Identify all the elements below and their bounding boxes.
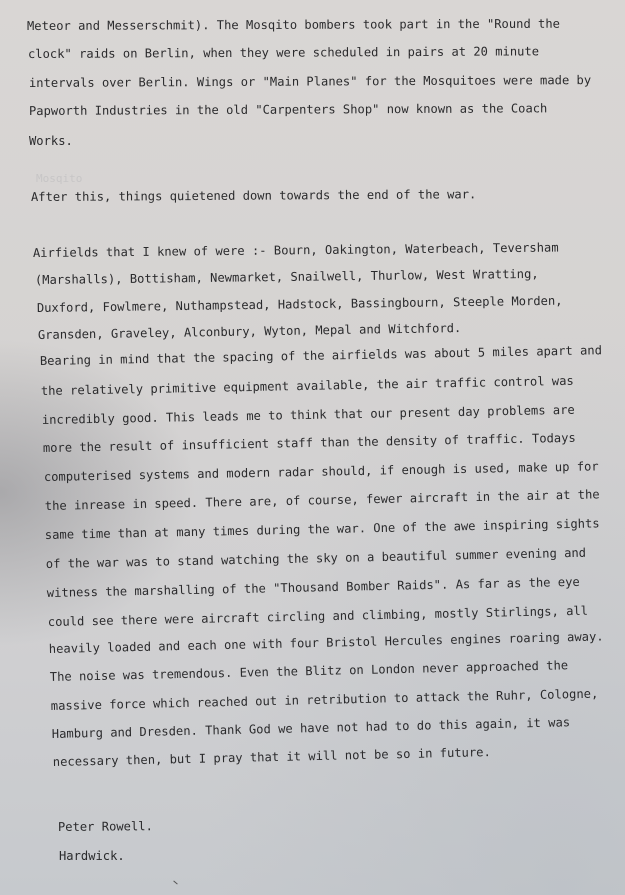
text-line: the relatively primitive equipment avail… — [41, 374, 574, 398]
text-line: incredibly good. This leads me to think … — [42, 403, 575, 427]
text-line: The noise was tremendous. Even the Blitz… — [50, 658, 569, 684]
text-line: clock" raids on Berlin, when they were s… — [28, 44, 539, 61]
text-line: necessary then, but I pray that it will … — [53, 745, 491, 769]
text-line: (Marshalls), Bottisham, Newmarket, Snail… — [35, 267, 539, 287]
text-line: After this, things quietened down toward… — [31, 187, 476, 204]
text-line: Airfields that I knew of were :- Bourn, … — [33, 240, 559, 260]
stray-mark — [173, 881, 177, 885]
text-line: Duxford, Fowlmere, Nuthampstead, Hadstoc… — [37, 294, 563, 315]
text-line: witness the marshalling of the "Thousand… — [47, 575, 580, 600]
text-line: Hamburg and Dresden. Thank God we have n… — [52, 715, 571, 741]
text-line: heavily loaded and each one with four Br… — [49, 629, 604, 656]
text-line: Gransden, Graveley, Alconbury, Wyton, Me… — [38, 321, 462, 342]
text-line: could see there were aircraft circling a… — [48, 604, 588, 629]
text-line: Papworth Industries in the old "Carpente… — [29, 101, 547, 118]
text-line: Bearing in mind that the spacing of the … — [40, 343, 602, 368]
text-line: of the war was to stand watching the sky… — [46, 546, 586, 571]
text-line: Meteor and Messerschmit). The Mosqito bo… — [27, 17, 560, 33]
signature-name: Peter Rowell. — [58, 819, 153, 834]
text-line: same time than at many times during the … — [45, 516, 600, 542]
text-line: computerised systems and modern radar sh… — [44, 459, 599, 484]
text-line: the inrease in speed. There are, of cour… — [45, 487, 600, 513]
text-line: intervals over Berlin. Wings or "Main Pl… — [29, 73, 591, 90]
signature-place: Hardwick. — [59, 849, 125, 863]
text-line: Works. — [29, 134, 73, 148]
text-line: massive force which reached out in retri… — [51, 687, 599, 713]
show-through-text: Mosqito — [36, 172, 82, 185]
text-line: more the result of insufficient staff th… — [43, 431, 576, 455]
typewritten-page: Mosqito Meteor and Messerschmit). The Mo… — [0, 0, 625, 895]
